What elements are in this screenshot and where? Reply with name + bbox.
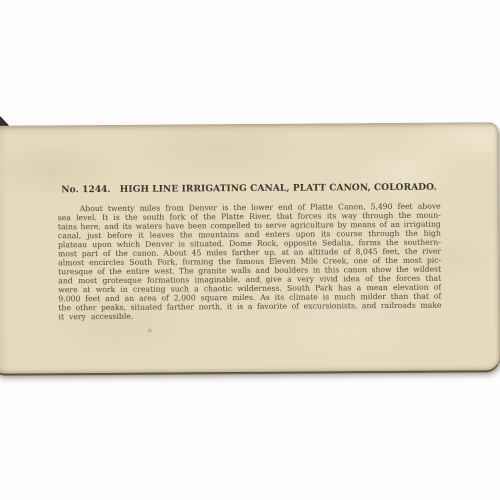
description-line: it very accessible. [58,310,441,322]
card-description: About twenty miles from Denver is the lo… [58,202,442,322]
card-title: No. 1244.HIGH LINE IRRIGATING CANAL, PLA… [58,183,441,196]
photo-background: No. 1244.HIGH LINE IRRIGATING CANAL, PLA… [0,0,500,500]
stereocard-back: No. 1244.HIGH LINE IRRIGATING CANAL, PLA… [0,122,500,374]
card-number: No. 1244. [61,185,110,195]
card-title-text: HIGH LINE IRRIGATING CANAL, PLATT CANON,… [120,183,437,195]
